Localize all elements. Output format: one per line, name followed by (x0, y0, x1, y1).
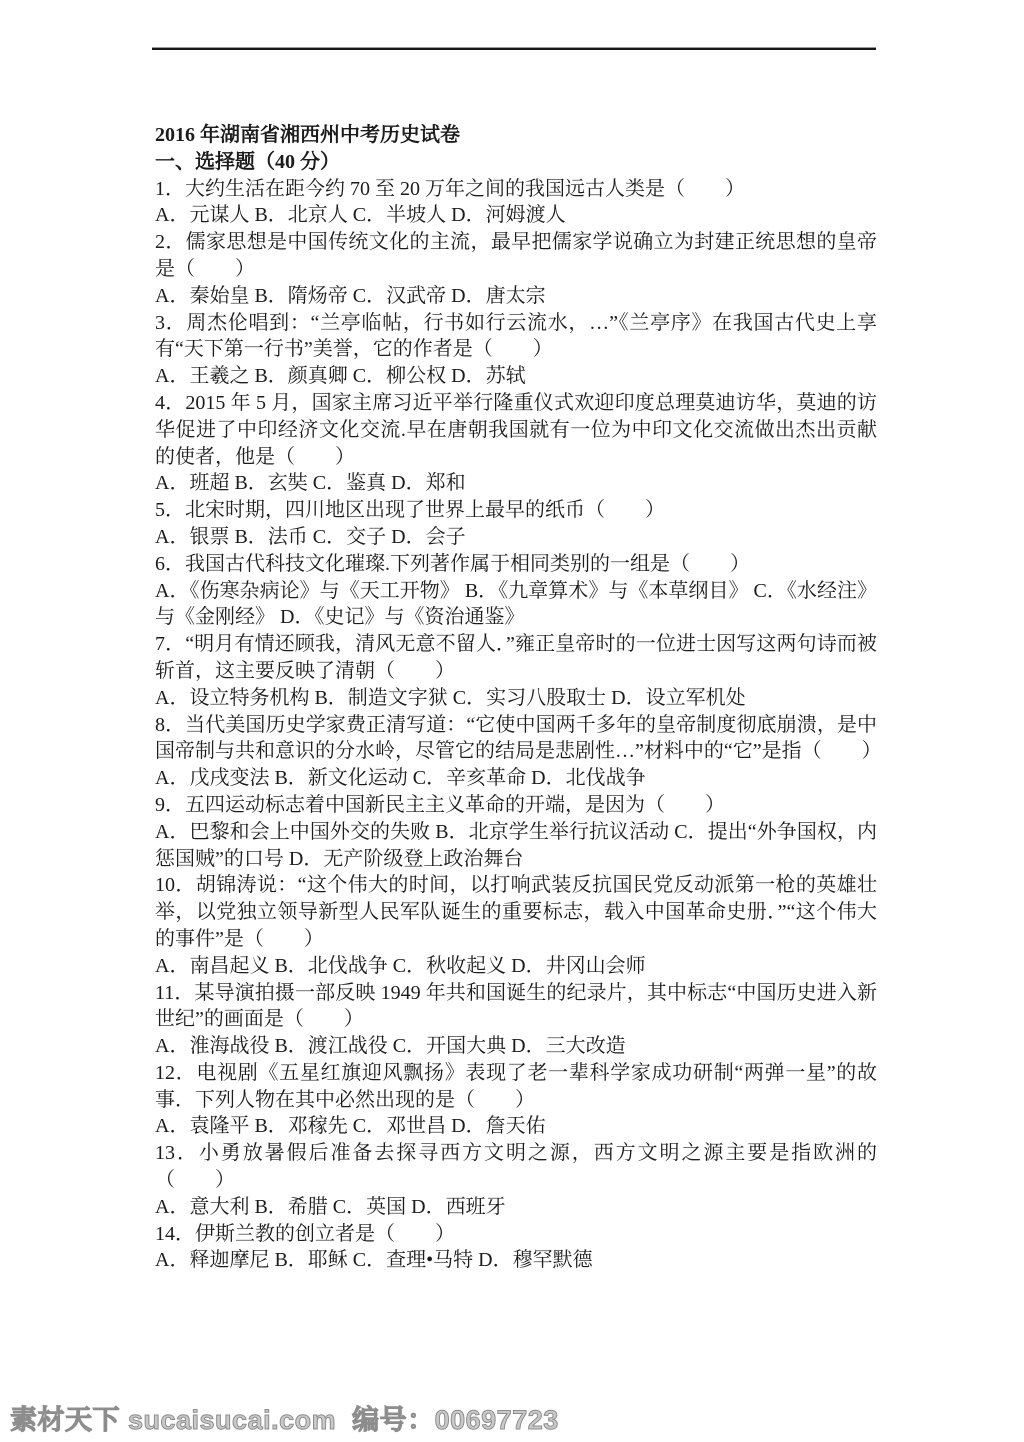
watermark: 素材天下 sucaisucai.com编号：00697723 (10, 1398, 559, 1437)
question-stem: 10．胡锦涛说：“这个伟大的时间，以打响武装反抗国民党反动派第一枪的英雄壮举，以… (155, 872, 877, 952)
question-stem: 7．“明月有情还顾我，清风无意不留人．”雍正皇帝时的一位进士因写这两句诗而被斩首… (155, 631, 877, 685)
question-stem: 3．周杰伦唱到：“兰亭临帖，行书如行云流水，…”《兰亭序》在我国古代史上享有“天… (155, 310, 877, 364)
question-stem: 1．大约生活在距今约 70 至 20 万年之间的我国远古人类是（ ） (155, 176, 877, 203)
question-options: A．银票 B．法币 C．交子 D．会子 (155, 524, 877, 551)
question-options: A．戊戌变法 B．新文化运动 C．辛亥革命 D．北伐战争 (155, 765, 877, 792)
question-list: 1．大约生活在距今约 70 至 20 万年之间的我国远古人类是（ ）A．元谋人 … (155, 176, 877, 1275)
question-options: A．王羲之 B．颜真卿 C．柳公权 D．苏轼 (155, 363, 877, 390)
question-options: A．巴黎和会上中国外交的失败 B．北京学生举行抗议活动 C．提出“外争国权，内惩… (155, 819, 877, 873)
question-options: A．秦始皇 B．隋炀帝 C．汉武帝 D．唐太宗 (155, 283, 877, 310)
question-stem: 11．某导演拍摄一部反映 1949 年共和国诞生的纪录片，其中标志“中国历史进入… (155, 980, 877, 1034)
question-stem: 12．电视剧《五星红旗迎风飘扬》表现了老一辈科学家成功研制“两弹一星”的故事．下… (155, 1060, 877, 1114)
question-options: A．袁隆平 B．邓稼先 C．邓世昌 D．詹天佑 (155, 1113, 877, 1140)
question-options: A．南昌起义 B．北伐战争 C．秋收起义 D．井冈山会师 (155, 953, 877, 980)
exam-page: 2016 年湖南省湘西州中考历史试卷 一、选择题（40 分） 1．大约生活在距今… (0, 0, 1024, 1442)
question-options: A．元谋人 B．北京人 C．半坡人 D．河姆渡人 (155, 202, 877, 229)
question-stem: 8．当代美国历史学家费正清写道：“它使中国两千多年的皇帝制度彻底崩溃，是中国帝制… (155, 712, 877, 766)
watermark-serial: 编号：00697723 (352, 1405, 559, 1435)
question-options: A．设立特务机构 B．制造文字狱 C．实习八股取士 D．设立军机处 (155, 685, 877, 712)
question-stem: 4．2015 年 5 月，国家主席习近平举行隆重仪式欢迎印度总理莫迪访华，莫迪的… (155, 390, 877, 470)
question-options: A．班超 B．玄奘 C．鉴真 D．郑和 (155, 470, 877, 497)
question-stem: 13．小勇放暑假后准备去探寻西方文明之源，西方文明之源主要是指欧洲的（ ） (155, 1140, 877, 1194)
question-stem: 2．儒家思想是中国传统文化的主流，最早把儒家学说确立为封建正统思想的皇帝是（ ） (155, 229, 877, 283)
question-stem: 14．伊斯兰教的创立者是（ ） (155, 1221, 877, 1248)
question-options: A．意大利 B．希腊 C．英国 D．西班牙 (155, 1194, 877, 1221)
question-stem: 5．北宋时期，四川地区出现了世界上最早的纸币（ ） (155, 497, 877, 524)
question-options: A．释迦摩尼 B．耶稣 C．查理•马特 D．穆罕默德 (155, 1247, 877, 1274)
watermark-site: 素材天下 sucaisucai.com (10, 1405, 336, 1435)
header-rule (152, 47, 876, 50)
page-title: 2016 年湖南省湘西州中考历史试卷 (155, 122, 877, 149)
question-options: A．淮海战役 B．渡江战役 C．开国大典 D．三大改造 (155, 1033, 877, 1060)
question-options: A．《伤寒杂病论》与《天工开物》 B．《九章算术》与《本草纲目》 C．《水经注》… (155, 578, 877, 632)
question-stem: 6．我国古代科技文化璀璨.下列著作属于相同类别的一组是（ ） (155, 551, 877, 578)
section-heading: 一、选择题（40 分） (155, 149, 877, 176)
question-stem: 9．五四运动标志着中国新民主主义革命的开端，是因为（ ） (155, 792, 877, 819)
exam-content: 2016 年湖南省湘西州中考历史试卷 一、选择题（40 分） 1．大约生活在距今… (155, 122, 877, 1274)
